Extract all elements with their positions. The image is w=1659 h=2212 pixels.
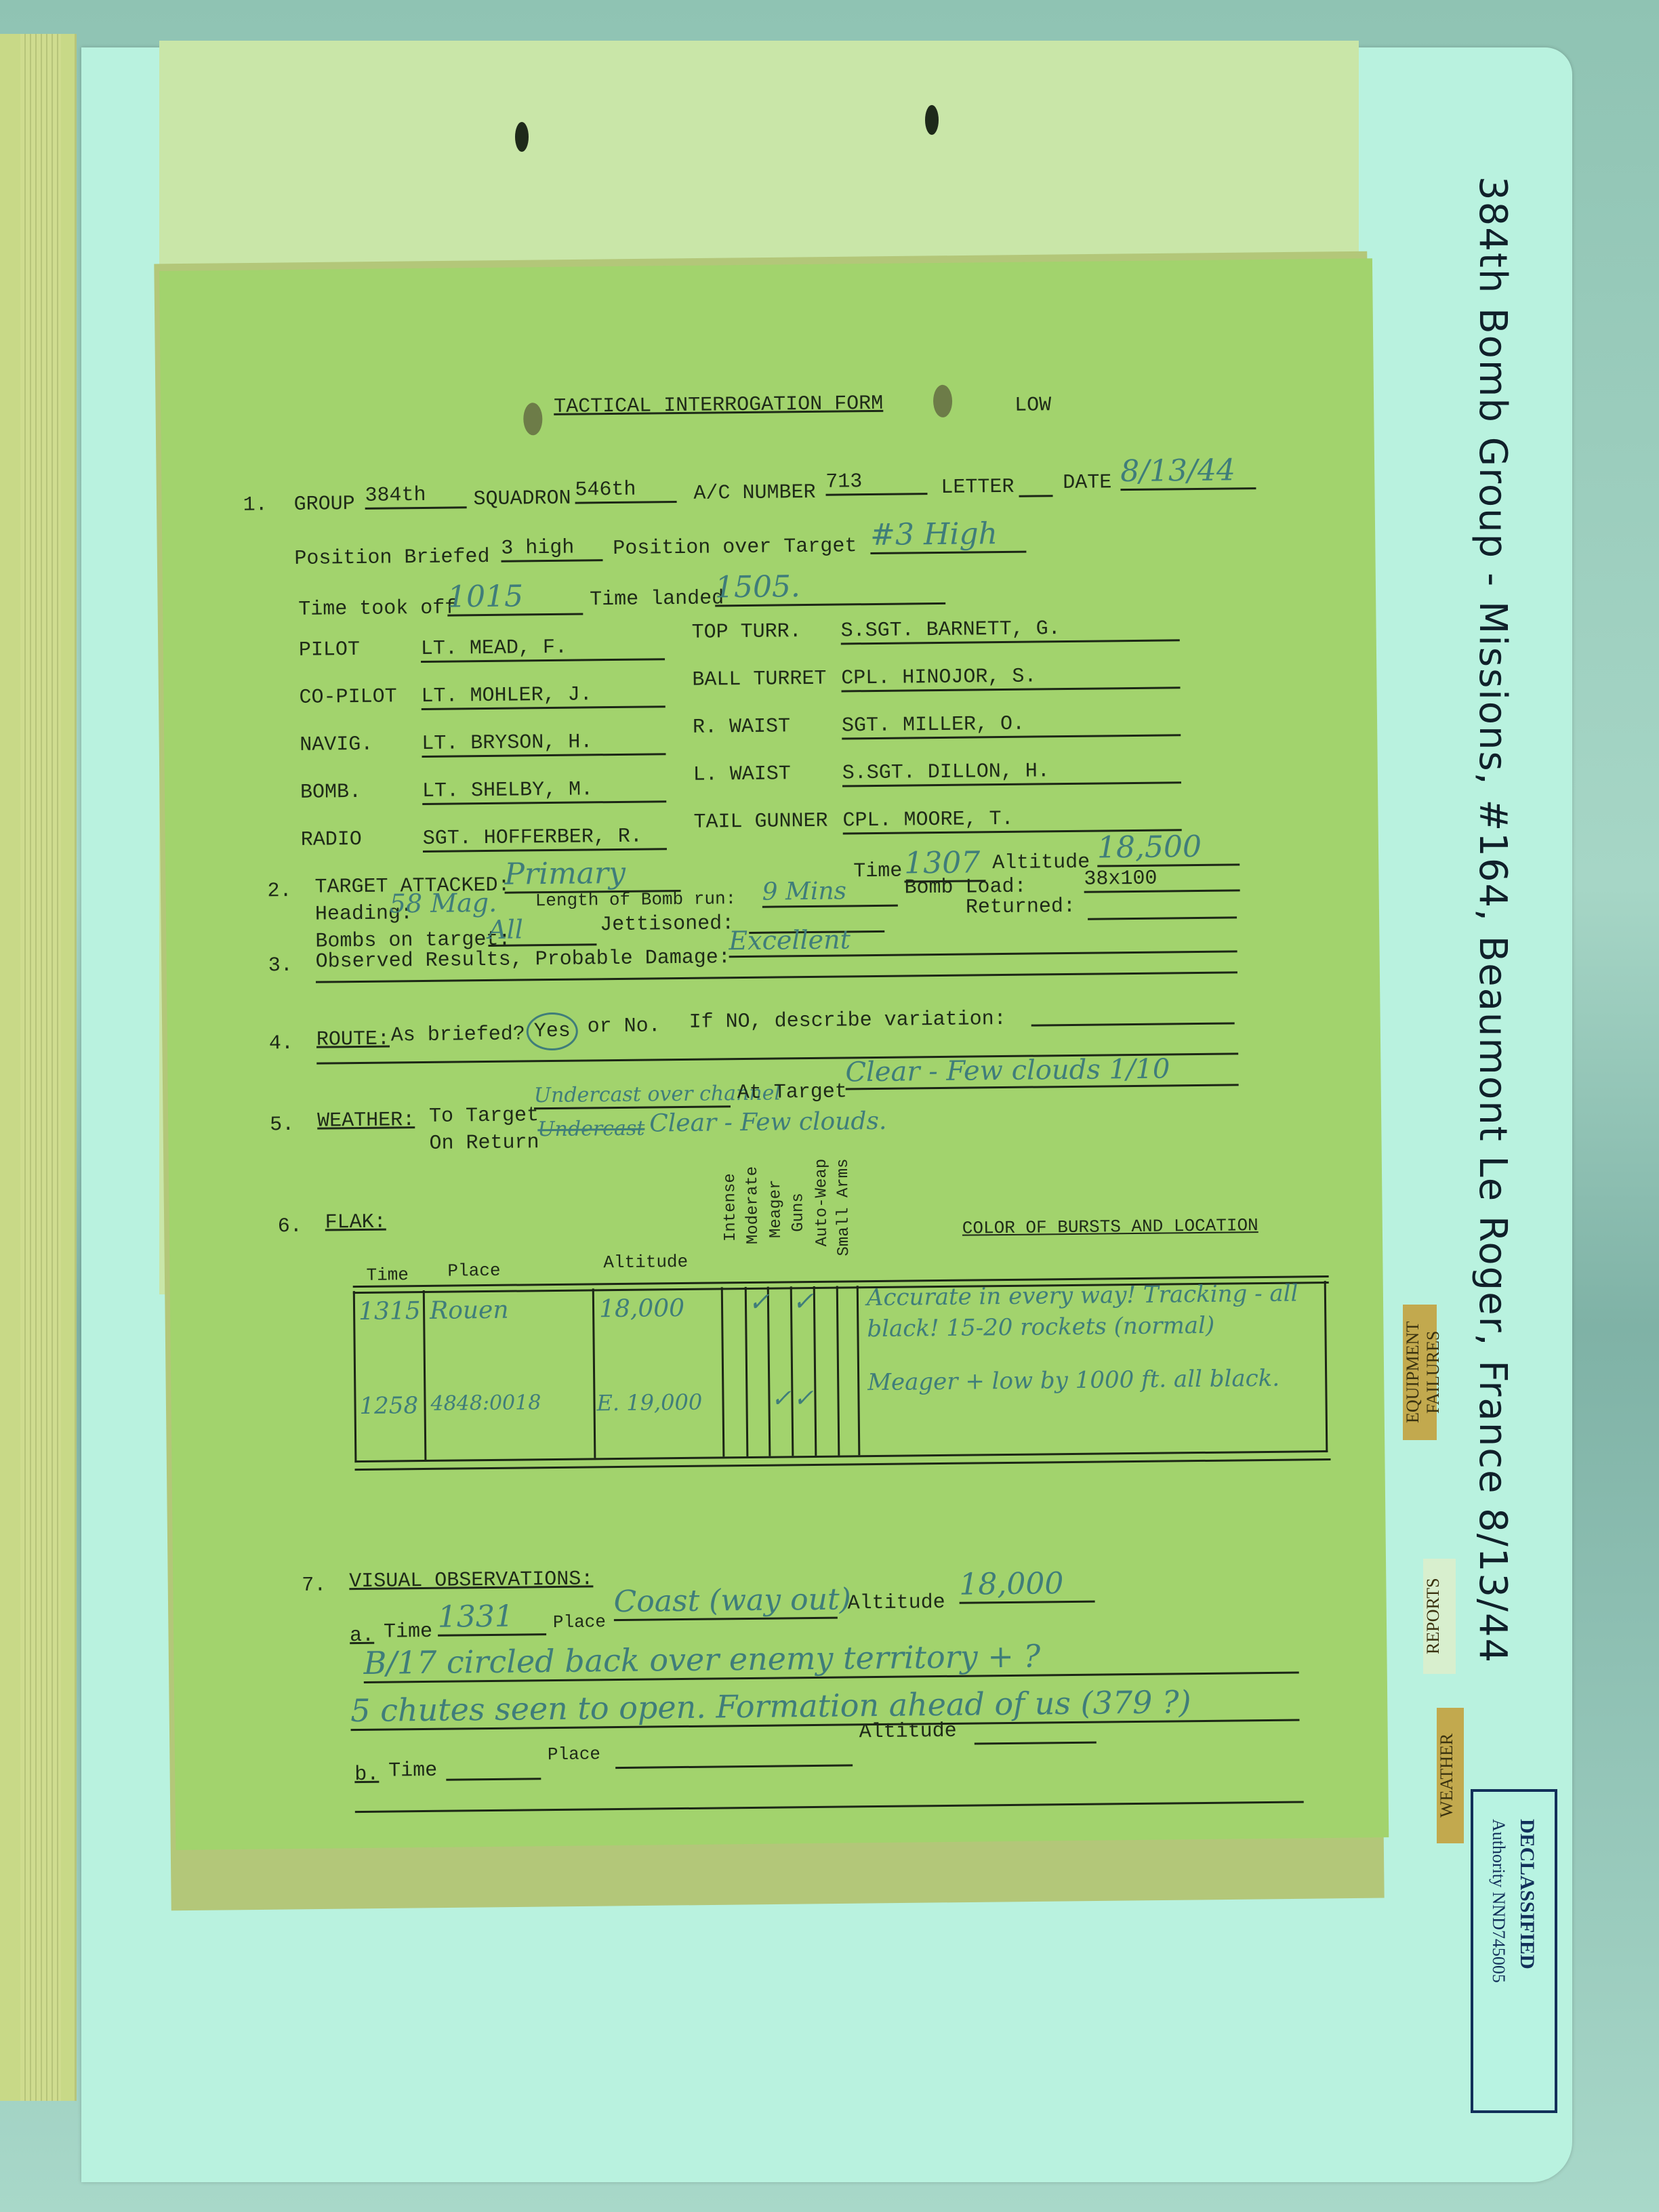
heading-field[interactable]: 58 Mag. <box>390 888 497 919</box>
flak-time: 1258 <box>359 1392 418 1420</box>
to-target-field[interactable]: Undercast over channel <box>534 1082 731 1109</box>
crew-row: BALL TURRETCPL. HINOJOR, S. <box>692 663 1181 716</box>
bomb-load-field[interactable]: 38x100 <box>1084 866 1240 893</box>
observation-place-label: Place <box>548 1744 600 1765</box>
crew-row: BOMB.LT. SHELBY, M. <box>300 777 667 829</box>
crew-row: TOP TURR.S.SGT. BARNETT, G. <box>691 616 1180 669</box>
flak-altitude: E. 19,000 <box>596 1389 702 1416</box>
crew-role: TOP TURR. <box>691 619 840 644</box>
flak-col-small-arms: Small Arms <box>834 1158 854 1256</box>
group-label: GROUP <box>293 493 354 516</box>
flak-col-meager: Meager <box>766 1179 785 1238</box>
observed-results-line-2[interactable] <box>316 971 1237 983</box>
crew-row: CO-PILOTLT. MOHLER, J. <box>299 682 665 734</box>
flak-col-altitude: Altitude <box>603 1252 688 1273</box>
crew-role: L. WAIST <box>693 762 842 786</box>
observation-a-time-field[interactable]: 1331 <box>438 1599 547 1637</box>
time-landed-label: Time landed <box>590 587 724 611</box>
crew-name-field[interactable]: CPL. HINOJOR, S. <box>841 663 1180 692</box>
route-no-option[interactable]: or No. <box>588 1015 661 1038</box>
crew-row: R. WAISTSGT. MILLER, O. <box>693 711 1181 764</box>
flak-col-moderate: Moderate <box>743 1166 762 1244</box>
flak-col-time: Time <box>366 1265 409 1286</box>
punch-hole <box>925 105 939 135</box>
declassified-stamp: DECLASSIFIED Authority NND745005 <box>1471 1789 1557 2113</box>
route-question: As briefed? <box>391 1023 525 1047</box>
observation-b-altitude-field[interactable] <box>974 1719 1096 1745</box>
bomb-run-field[interactable]: 9 Mins <box>762 877 897 908</box>
flak-time: 1315 <box>359 1297 421 1326</box>
observation-a-altitude-field[interactable]: 18,000 <box>959 1566 1095 1604</box>
jettisoned-label: Jettisoned: <box>600 912 734 937</box>
flak-notes: Accurate in every way! Tracking - all bl… <box>867 1277 1308 1345</box>
letter-field[interactable] <box>1019 472 1052 497</box>
crew-name-field[interactable]: LT. MOHLER, J. <box>421 682 665 710</box>
at-target-label: At Target <box>737 1080 847 1105</box>
flak-place: Rouen <box>430 1296 509 1325</box>
flak-col-auto-weapons: Auto-Weap <box>813 1159 832 1247</box>
bombs-on-target-field[interactable]: All <box>488 914 596 947</box>
weather-label: WEATHER: <box>317 1109 415 1133</box>
observation-place-label: Place <box>553 1612 606 1633</box>
crew-name-field[interactable]: SGT. HOFFERBER, R. <box>423 825 667 853</box>
on-return-label: On Return <box>429 1131 539 1155</box>
flak-col-intense: Intense <box>721 1173 740 1242</box>
crew-role: PILOT <box>299 638 421 662</box>
section-number: 5. <box>270 1113 294 1136</box>
tab-equipment-failures[interactable]: EQUIPMENT FAILURES <box>1403 1305 1437 1440</box>
flak-row: 1315 Rouen 18,000 ✓ ✓ Accurate in every … <box>355 1288 1325 1372</box>
returned-field[interactable] <box>1088 893 1237 920</box>
observation-b-notes-line[interactable] <box>355 1801 1304 1813</box>
form-title: TACTICAL INTERROGATION FORM <box>554 392 883 419</box>
observation-altitude-label: Altitude <box>847 1591 945 1616</box>
flak-notes: Meager + low by 1000 ft. all black. <box>867 1362 1308 1398</box>
observed-results-field[interactable]: Excellent <box>729 920 1237 958</box>
position-over-target-label: Position over Target <box>613 535 857 560</box>
flak-col-place: Place <box>447 1261 500 1282</box>
at-target-field[interactable]: Clear - Few clouds 1/10 <box>845 1052 1238 1090</box>
altitude-label: Altitude <box>992 851 1090 876</box>
flak-place: 4848:0018 <box>430 1391 541 1416</box>
classification-label: LOW <box>1015 394 1051 417</box>
time-landed-field[interactable]: 1505. <box>715 568 946 607</box>
on-return-field[interactable]: Clear - Few clouds. <box>649 1107 887 1138</box>
crew-name-field[interactable]: LT. MEAD, F. <box>421 635 665 663</box>
crew-left-column: PILOTLT. MEAD, F. CO-PILOTLT. MOHLER, J.… <box>299 635 668 876</box>
crew-name-field[interactable]: LT. SHELBY, M. <box>422 777 666 805</box>
flak-col-guns: Guns <box>789 1193 808 1232</box>
observed-results-label: Observed Results, Probable Damage: <box>316 946 731 973</box>
section-number: 4. <box>269 1032 293 1055</box>
on-return-struck-text: Undercast <box>537 1117 644 1142</box>
observation-a-notes-line-2[interactable]: 5 chutes seen to open. Formation ahead o… <box>350 1683 1300 1732</box>
section-number: 7. <box>302 1574 326 1597</box>
punch-hole <box>933 385 953 417</box>
position-briefed-label: Position Briefed <box>294 546 489 571</box>
tab-weather[interactable]: WEATHER <box>1437 1708 1464 1843</box>
flak-moderate-check: ✓ <box>748 1287 770 1317</box>
to-target-label: To Target <box>429 1104 539 1128</box>
group-field[interactable]: 384th <box>365 483 466 510</box>
flak-guns-check: ✓ <box>793 1385 814 1412</box>
crew-name-field[interactable]: S.SGT. DILLON, H. <box>842 758 1181 787</box>
observation-altitude-label: Altitude <box>859 1720 956 1744</box>
crew-role: R. WAIST <box>693 714 842 739</box>
flak-row: 1258 4848:0018 E. 19,000 ✓ ✓ Meager + lo… <box>356 1382 1326 1460</box>
observation-b-place-field[interactable] <box>615 1741 853 1769</box>
punch-hole <box>515 122 529 152</box>
route-variation-label: If NO, describe variation: <box>689 1008 1006 1034</box>
letter-label: LETTER <box>941 476 1014 499</box>
flak-body: 1315 Rouen 18,000 ✓ ✓ Accurate in every … <box>353 1281 1328 1462</box>
route-yes-option[interactable]: Yes <box>526 1012 578 1051</box>
date-label: DATE <box>1063 471 1111 495</box>
flak-table: Time Place Altitude Intense Moderate Mea… <box>352 1153 1331 1462</box>
crew-role: NAVIG. <box>300 733 422 757</box>
crew-role: BALL TURRET <box>692 667 841 691</box>
visual-observations-label: VISUAL OBSERVATIONS: <box>349 1568 593 1593</box>
crew-name-field[interactable]: LT. BRYSON, H. <box>422 730 665 758</box>
flak-col-color-location: COLOR OF BURSTS AND LOCATION <box>962 1215 1258 1239</box>
section-number: 6. <box>278 1215 302 1238</box>
position-briefed-field[interactable]: 3 high <box>501 536 602 562</box>
observation-time-label: Time <box>384 1620 432 1644</box>
route-label: ROUTE: <box>316 1028 390 1052</box>
squadron-label: SQUADRON <box>473 487 571 512</box>
time-took-off-field[interactable]: 1015 <box>447 578 583 616</box>
flak-guns-check: ✓ <box>792 1286 814 1316</box>
route-variation-field[interactable] <box>1031 1022 1235 1026</box>
crew-name-field[interactable]: S.SGT. BARNETT, G. <box>840 616 1179 644</box>
crew-role: CO-PILOT <box>299 685 421 710</box>
folder-side-note: 384th Bomb Group - Missions, #164, Beaum… <box>1471 176 1515 1664</box>
target-attacked-field[interactable]: Primary <box>504 855 681 894</box>
time-took-off-label: Time took off <box>298 596 457 621</box>
observation-b-letter: b. <box>354 1763 379 1786</box>
crew-row: L. WAISTS.SGT. DILLON, H. <box>693 758 1182 811</box>
observation-b-time-field[interactable] <box>446 1755 541 1780</box>
ac-number-label: A/C NUMBER <box>693 481 815 506</box>
flak-altitude: 18,000 <box>599 1294 684 1323</box>
returned-label: Returned: <box>966 895 1076 920</box>
interrogation-form: TACTICAL INTERROGATION FORM LOW 1. GROUP… <box>159 258 1389 1850</box>
observation-a-place-field[interactable]: Coast (way out) <box>613 1582 838 1621</box>
crew-right-column: TOP TURR.S.SGT. BARNETT, G. BALL TURRETC… <box>691 616 1182 859</box>
declassified-authority: Authority NND745005 <box>1488 1819 1509 1983</box>
observation-a-notes-line-1[interactable]: B/17 circled back over enemy territory +… <box>363 1635 1299 1683</box>
section-number: 2. <box>267 880 291 903</box>
date-field[interactable]: 8/13/44 <box>1120 453 1256 491</box>
target-altitude-field[interactable]: 18,500 <box>1097 829 1240 867</box>
bomb-run-label: Length of Bomb run: <box>535 888 737 911</box>
crew-role: TAIL GUNNER <box>693 809 842 834</box>
crew-row: PILOTLT. MEAD, F. <box>299 635 665 687</box>
punch-hole <box>523 403 543 435</box>
crew-role: BOMB. <box>300 780 422 804</box>
adjacent-folder-stack <box>0 34 77 2101</box>
section-number: 1. <box>243 493 267 516</box>
declassified-title: DECLASSIFIED <box>1515 1819 1538 1969</box>
squadron-field[interactable]: 546th <box>575 478 676 504</box>
crew-role: RADIO <box>301 827 423 852</box>
flak-meager-check: ✓ <box>771 1385 792 1412</box>
ac-number-field[interactable]: 713 <box>825 470 927 496</box>
observation-time-label: Time <box>388 1759 437 1783</box>
crew-name-field[interactable]: SGT. MILLER, O. <box>842 711 1181 739</box>
tab-reports[interactable]: REPORTS <box>1423 1559 1456 1674</box>
crew-row: NAVIG.LT. BRYSON, H. <box>300 730 666 781</box>
position-over-target-field[interactable]: #3 High <box>870 516 1027 554</box>
section-number: 3. <box>268 954 293 977</box>
